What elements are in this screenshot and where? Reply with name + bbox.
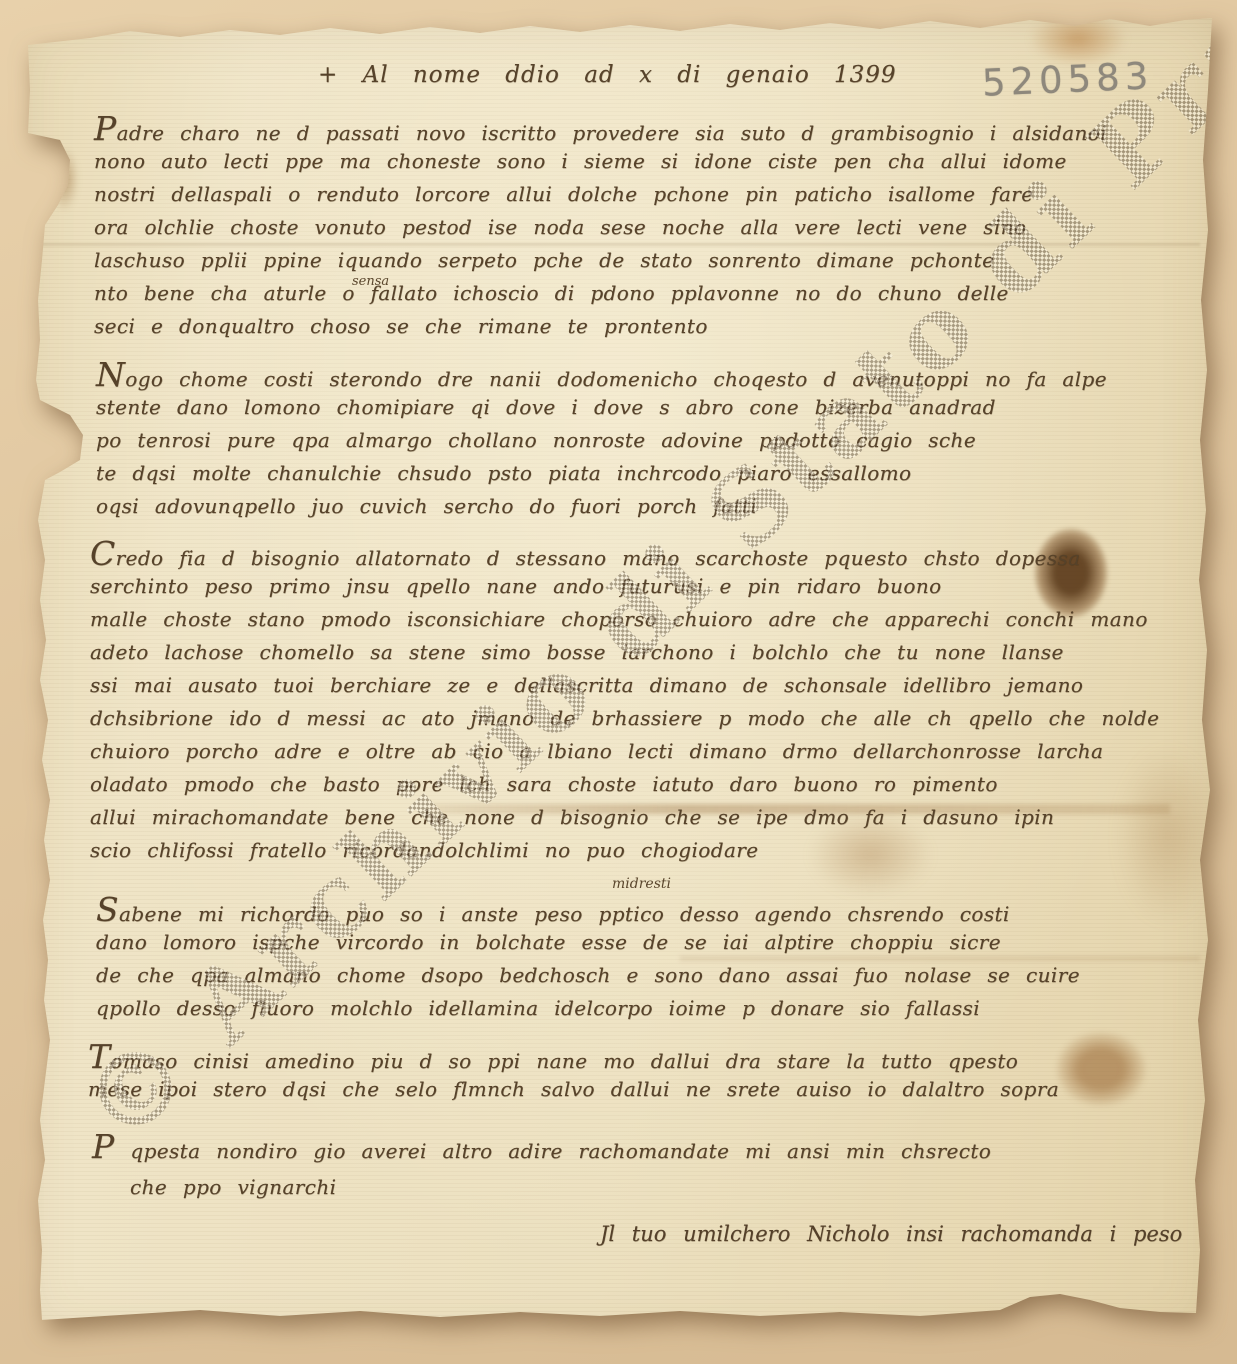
signature-line: Jl tuo umilchero Nicholo insi rachomanda… [600, 1222, 1182, 1246]
manuscript-line: nostri dellaspali o renduto lorcore allu… [94, 178, 1107, 211]
manuscript-line: scio chlifossi fratello ricordandolchlim… [90, 834, 1159, 867]
manuscript-line: nono auto lecti ppe ma choneste sono i s… [94, 145, 1107, 178]
scan-background: + Al nome ddio ad x di genaio 1399 52058… [0, 0, 1237, 1364]
interline-note: sensa [352, 274, 389, 289]
manuscript-line: che ppo vignarchi [130, 1167, 991, 1208]
manuscript-line: po tenrosi pure qpa almargo chollano non… [96, 424, 1107, 457]
invocation-date-line: + Al nome ddio ad x di genaio 1399 [318, 62, 897, 88]
stain-bottom-right [1056, 1032, 1146, 1106]
manuscript-line: oladato pmodo che basto pore lch sara ch… [90, 768, 1159, 801]
manuscript-line: oqsi adovunqpello juo cuvich sercho do f… [96, 490, 1107, 523]
manuscript-line: chuioro porcho adre e oltre ab cio a lbi… [90, 735, 1159, 768]
manuscript-line: P qpesta nondiro gio averei altro adire … [92, 1126, 991, 1167]
stain-left-edge [50, 148, 78, 210]
manuscript-line: stente dano lomono chomipiare qi dove i … [96, 391, 1107, 424]
interline-note: midresti [612, 876, 671, 892]
closing-paragraph: P qpesta nondiro gio averei altro adire … [92, 1126, 991, 1208]
manuscript-line: Padre charo ne d passati novo iscritto p… [94, 112, 1107, 145]
manuscript-line: allui mirachomandate bene che none d bis… [90, 801, 1159, 834]
manuscript-paper: + Al nome ddio ad x di genaio 1399 52058… [0, 0, 1237, 1364]
paper-shadow-wrap: + Al nome ddio ad x di genaio 1399 52058… [0, 0, 1237, 1364]
manuscript-line: te dqsi molte chanulchie chsudo psto pia… [96, 457, 1107, 490]
